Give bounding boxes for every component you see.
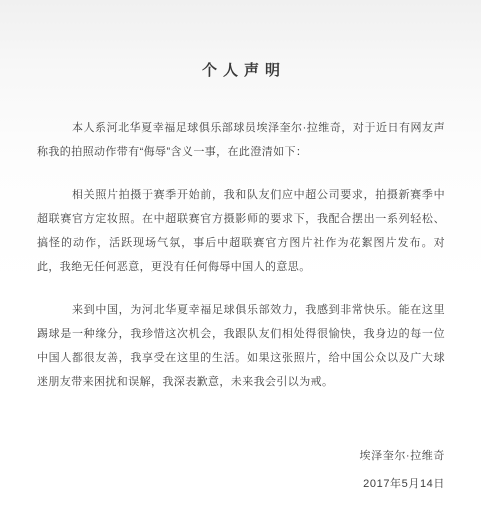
statement-paragraph-explanation: 相关照片拍摄于赛季开始前，我和队友们应中超公司要求，拍摄新赛季中超联赛官方定妆照… bbox=[37, 183, 445, 279]
statement-footer: 埃泽奎尔·拉维奇 2017年5月14日 bbox=[37, 442, 445, 498]
statement-title: 个人声明 bbox=[37, 62, 445, 80]
statement-document: 个人声明 本人系河北华夏幸福足球俱乐部球员埃泽奎尔·拉维奇，对于近日有网友声称我… bbox=[0, 0, 481, 523]
statement-body: 本人系河北华夏幸福足球俱乐部球员埃泽奎尔·拉维奇，对于近日有网友声称我的拍照动作… bbox=[37, 116, 445, 394]
statement-paragraph-intro: 本人系河北华夏幸福足球俱乐部球员埃泽奎尔·拉维奇，对于近日有网友声称我的拍照动作… bbox=[37, 116, 445, 164]
signature-date: 2017年5月14日 bbox=[37, 470, 445, 498]
statement-paragraph-apology: 来到中国，为河北华夏幸福足球俱乐部效力，我感到非常快乐。能在这里踢球是一种缘分，… bbox=[37, 298, 445, 394]
signature-name: 埃泽奎尔·拉维奇 bbox=[37, 442, 445, 470]
